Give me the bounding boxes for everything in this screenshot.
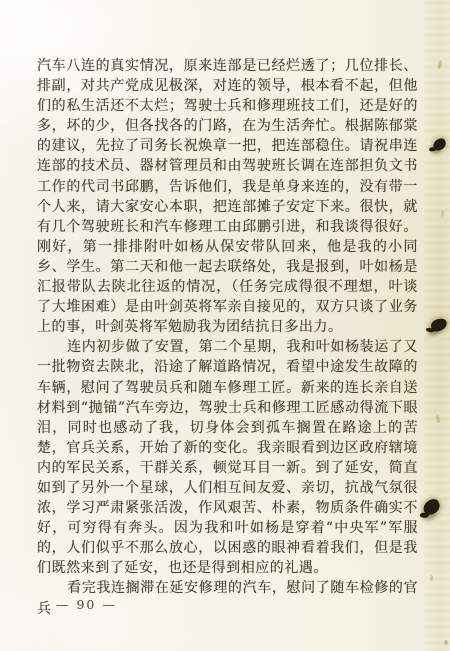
- page-text: 汽车八连的真实情况，原来连部是已经烂透了；几位排长、排副，对共产党成见极深，对连…: [37, 56, 418, 619]
- body-paragraph: 汽车八连的真实情况，原来连部是已经烂透了；几位排长、排副，对共产党成见极深，对连…: [37, 56, 418, 337]
- page-number: — 90 —: [56, 597, 117, 612]
- body-paragraph: 连内初步做了安置，第二个星期，我和叶如杨装运了又一批物资去陕北，沿途了解道路情况…: [37, 337, 418, 578]
- paper-speck: [441, 210, 444, 217]
- paper-speck: [104, 586, 106, 588]
- paper-speck: [444, 640, 448, 645]
- paper-speck: [327, 120, 329, 122]
- scanned-page: 汽车八连的真实情况，原来连部是已经烂透了；几位排长、排副，对共产党成见极深，对连…: [0, 0, 450, 651]
- paper-speck: [430, 575, 433, 581]
